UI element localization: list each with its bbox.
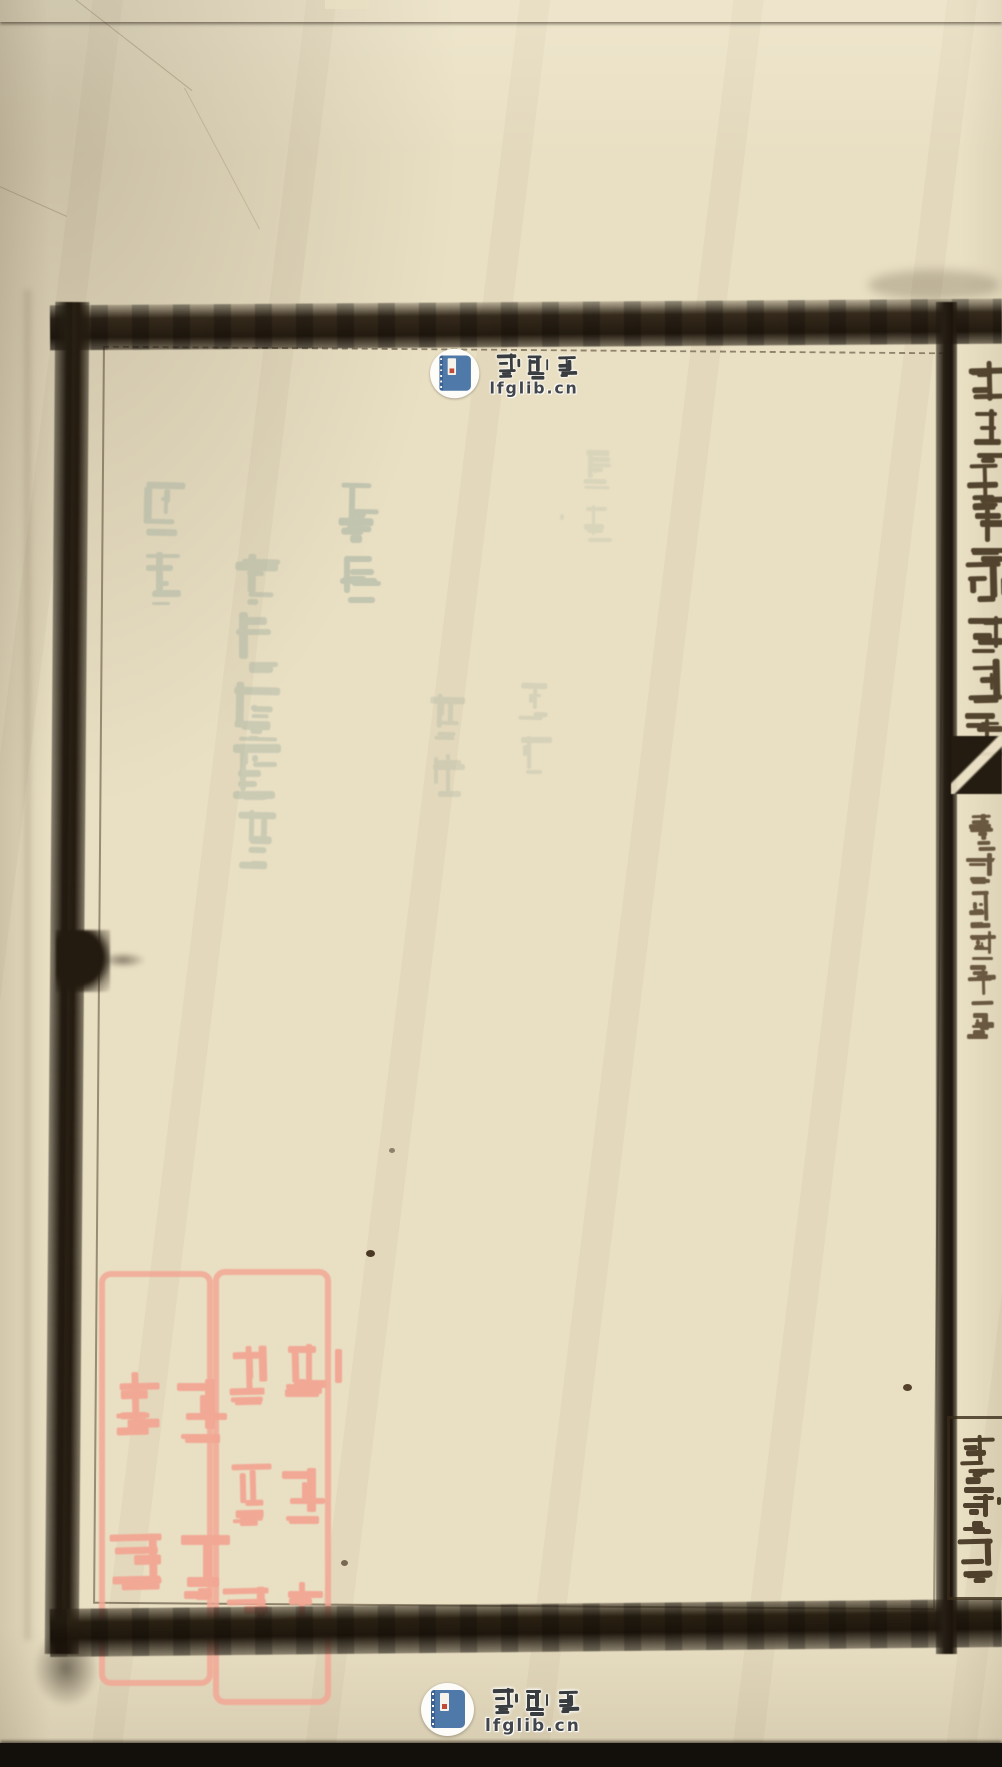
paper-speck [389,1148,395,1153]
paper-speck [903,1384,912,1391]
book-edge-top [0,0,1002,22]
frame-border-top [50,299,1002,351]
margin-title-column [962,357,1002,757]
genealogy-page-scan: lfglib.cn lfglib.cn [0,0,1002,1767]
book-icon [430,348,479,397]
lfglib-watermark-top: lfglib.cn [430,348,582,398]
paper-crease [0,184,67,217]
watermark-text: lfglib.cn [485,1682,584,1736]
ink-smudge [868,270,1000,300]
book-icon [421,1683,474,1736]
hall-name-text [956,1431,998,1577]
watermark-site-url: lfglib.cn [485,1716,584,1736]
paper-speck [341,1560,348,1566]
paper-crease [184,88,260,230]
watermark-site-url: lfglib.cn [490,380,582,399]
watermark-site-name [490,348,582,377]
book-edge-bottom [0,1743,1002,1767]
margin-date-column [964,810,999,1044]
hall-name-box [947,1416,1002,1600]
watermark-site-name [485,1682,584,1713]
fishtail-printers-mark [951,736,1002,794]
ink-blob-tail [100,952,146,968]
lfglib-watermark-bottom: lfglib.cn [421,1682,584,1736]
gutter-shadow [24,290,31,1640]
watermark-text: lfglib.cn [490,348,582,398]
paper-speck [366,1250,375,1257]
corner-grime [34,1630,98,1706]
frame-border-bottom [50,1599,1002,1657]
